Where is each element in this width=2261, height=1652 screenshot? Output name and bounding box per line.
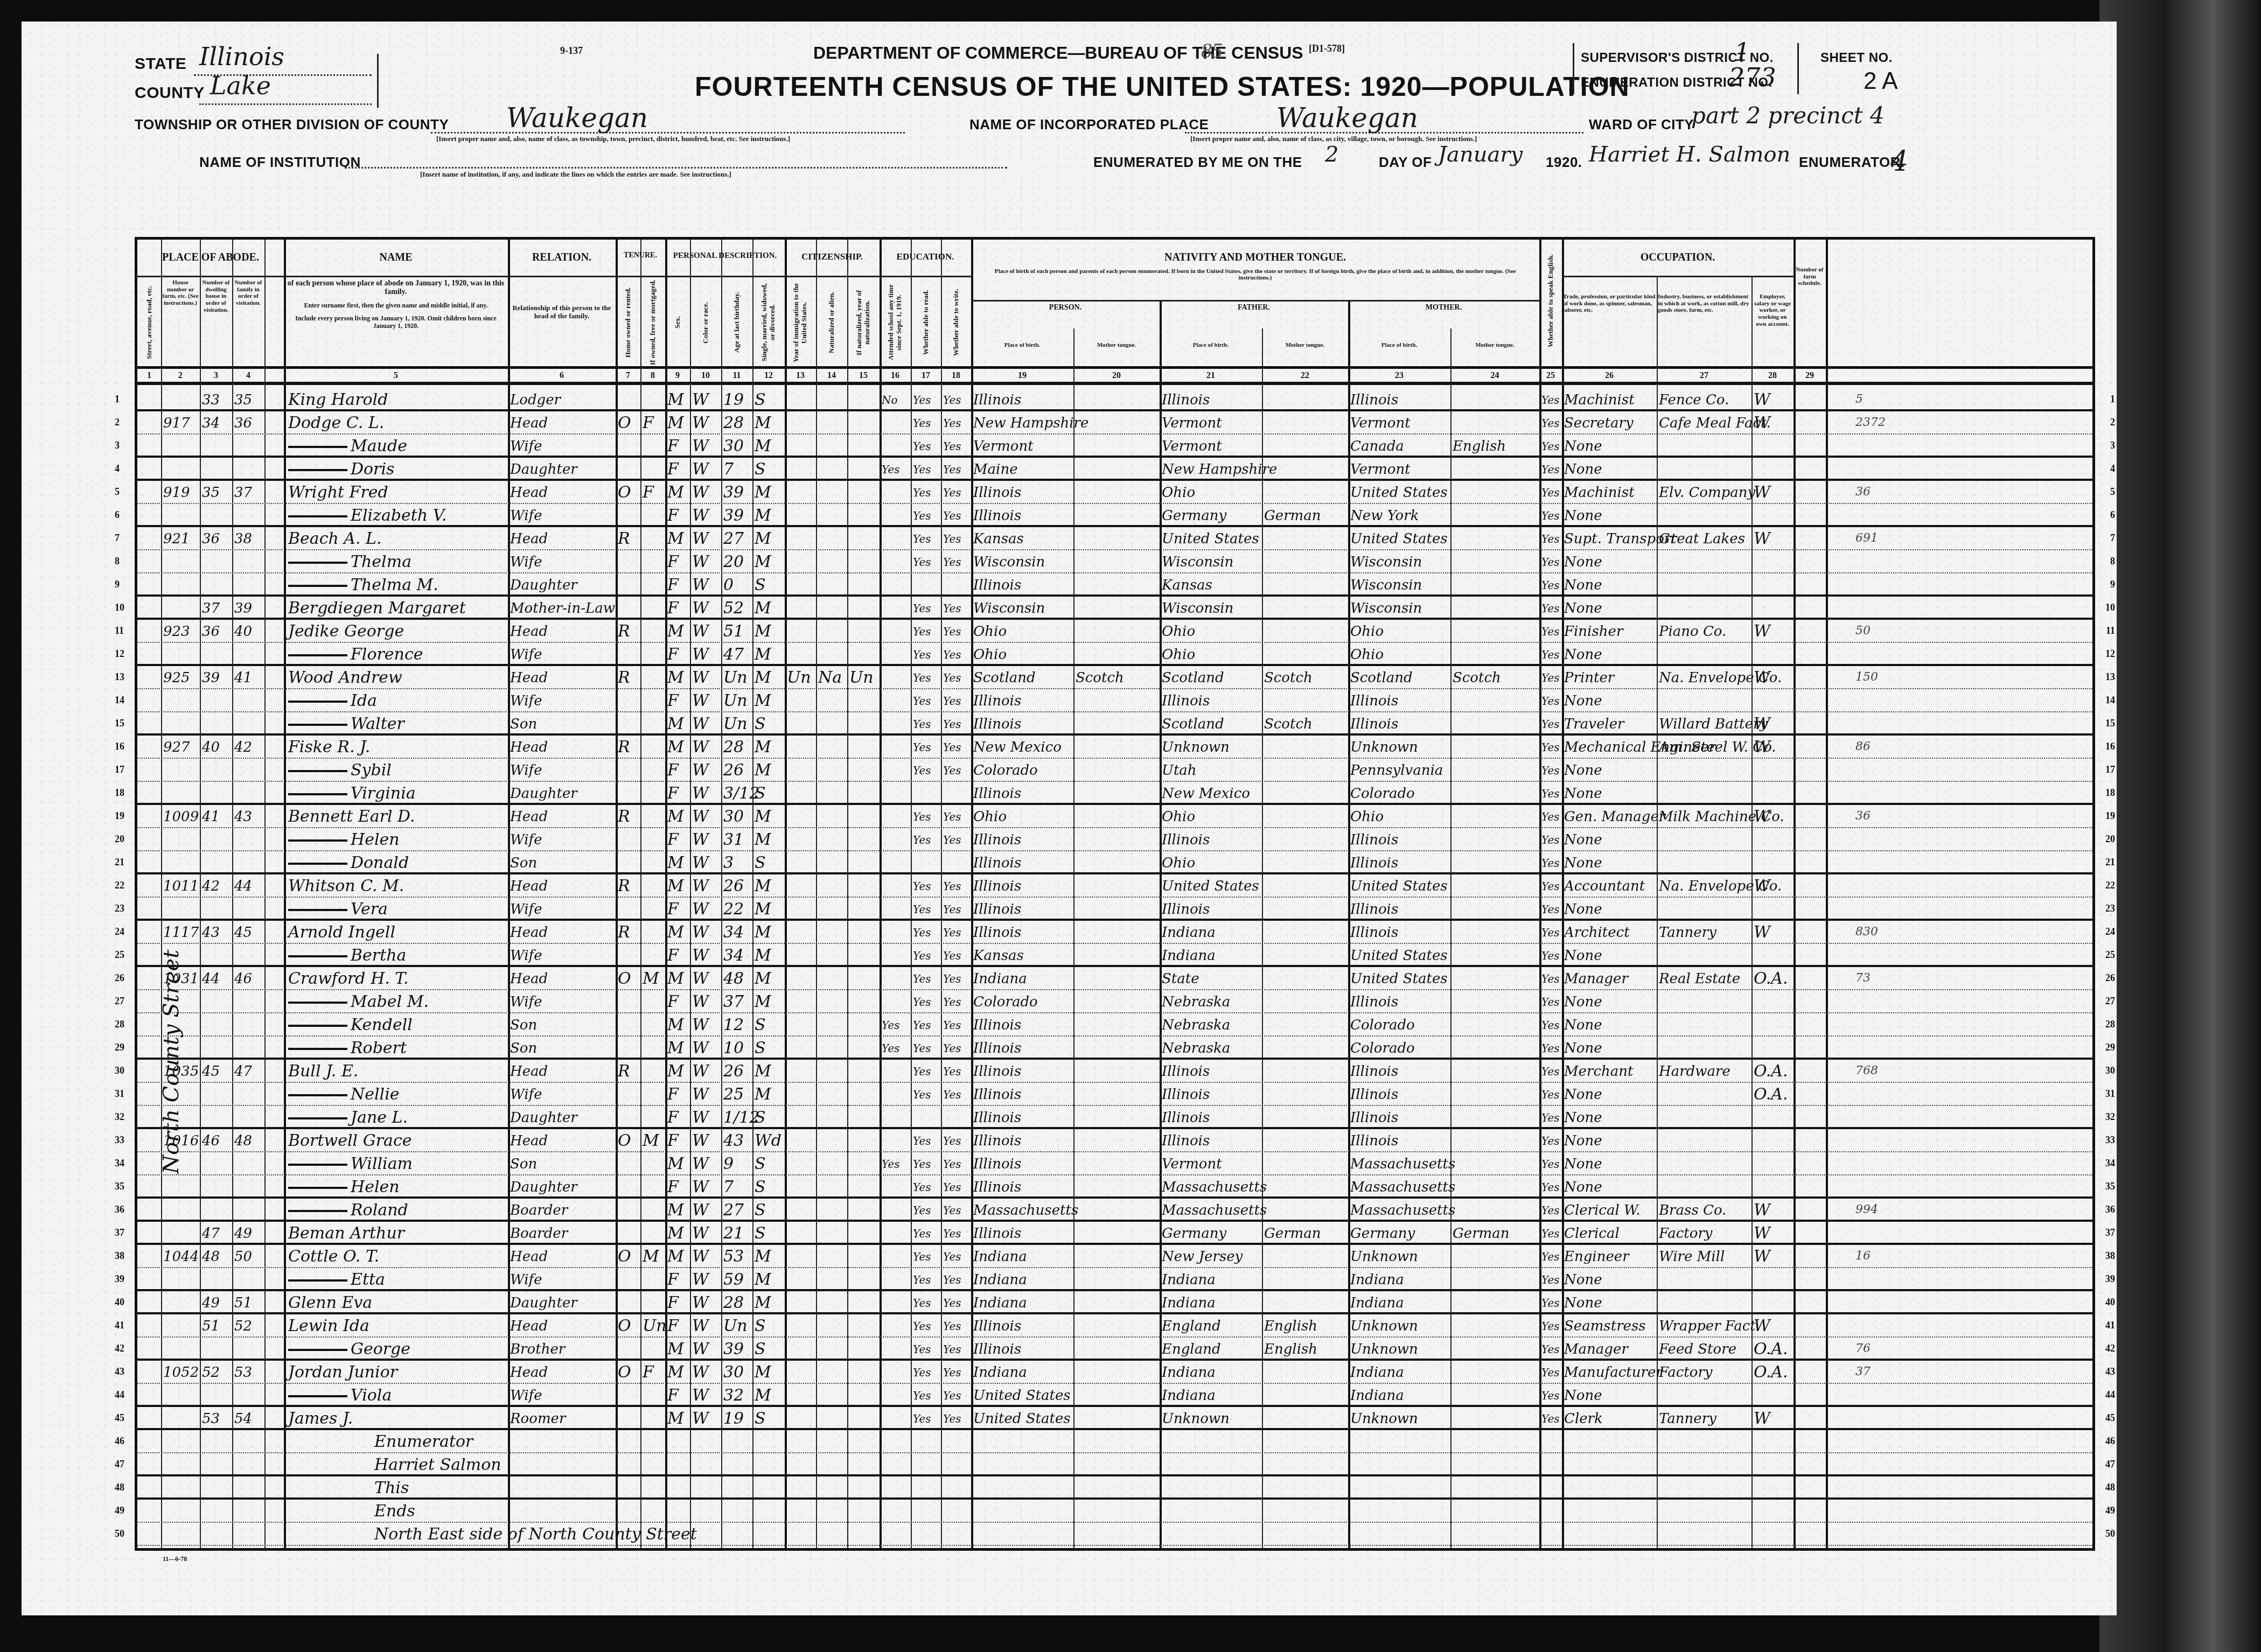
- cell-mtongue: [1453, 945, 1539, 967]
- cell-sex: F: [667, 899, 690, 920]
- census-table: PLACE OF ABODE. NAME RELATION. TENURE. P…: [135, 237, 2095, 1551]
- cell-mpob: Colorado: [1350, 1038, 1450, 1059]
- cell-color: W: [692, 1177, 721, 1198]
- county-label: COUNTY: [135, 84, 205, 102]
- given-name: Margaret: [388, 599, 466, 618]
- cell-imm: [787, 528, 816, 550]
- cell-age: 37: [723, 991, 752, 1013]
- cell-ftongue: [1264, 991, 1348, 1013]
- cell-mtongue: English: [1453, 436, 1539, 457]
- col-immigration: Year of immigration to the United States…: [792, 279, 808, 366]
- cell-sex: F: [667, 1385, 690, 1406]
- cell-mpob: Germany: [1350, 1223, 1450, 1244]
- table-row: 2323VeraWifeFW22MYesYesIllinoisIllinoisI…: [137, 898, 2092, 921]
- cell-family: [234, 945, 264, 967]
- township-value: Waukegan: [506, 102, 648, 134]
- cell-house: [163, 1339, 200, 1360]
- cell-write: [943, 1501, 971, 1522]
- enumerated-day: 2: [1325, 142, 1338, 167]
- cell-tongue: [1076, 899, 1160, 920]
- cell-dwelling: [202, 1339, 232, 1360]
- cell-school: [882, 829, 911, 851]
- cell-emp: [1754, 644, 1794, 666]
- cell-tongue: [1076, 1014, 1160, 1036]
- cell-family: [234, 899, 264, 920]
- cell-write: Yes: [943, 551, 971, 573]
- cell-family: 52: [234, 1315, 264, 1337]
- cell-color: W: [692, 1061, 721, 1082]
- cell-mort: [643, 690, 665, 712]
- cell-color: [692, 1501, 721, 1522]
- cell-owned: [618, 644, 640, 666]
- cell-age: 19: [723, 389, 752, 411]
- cell-mtongue: Scotch: [1453, 667, 1539, 689]
- cell-sex: M: [667, 1061, 690, 1082]
- cell-read: Yes: [913, 1339, 941, 1360]
- cell-nat: [818, 806, 847, 828]
- cell-emp: [1754, 1153, 1794, 1175]
- cell-dwelling: 53: [202, 1408, 232, 1430]
- cell-sex: F: [667, 1315, 690, 1337]
- cell-industry: Factory: [1659, 1362, 1751, 1383]
- cell-house: [163, 852, 200, 874]
- cell-house: [163, 436, 200, 457]
- name-cell: James J.: [288, 1408, 508, 1430]
- cell-nat: [818, 760, 847, 781]
- col-ftongue: Mother tongue.: [1262, 328, 1348, 369]
- cell-school: [882, 737, 911, 758]
- sheet-header: STATE Illinois COUNTY Lake 9-137 DEPARTM…: [22, 22, 2117, 237]
- cell-school: [882, 1269, 911, 1291]
- cell-marital: [755, 1501, 785, 1522]
- cell-marital: S: [755, 1339, 785, 1360]
- cell-house: [163, 1431, 200, 1453]
- cell-nat: [818, 1246, 847, 1268]
- cell-fpob: New Mexico: [1162, 783, 1262, 804]
- cell-read: Yes: [913, 1153, 941, 1175]
- col-father: FATHER.: [1160, 302, 1348, 328]
- cell-mtongue: [1453, 1177, 1539, 1198]
- col-write: Whether able to write.: [952, 279, 960, 366]
- name-cell: Doris: [288, 459, 508, 480]
- table-row: 2626Crawford H. T.10314446HeadOMMW48MYes…: [137, 967, 2092, 990]
- given-name: Harriet Salmon: [374, 1455, 501, 1474]
- cell-school: [882, 1408, 911, 1430]
- cell-english: [1541, 1501, 1562, 1522]
- cell-industry: [1659, 1269, 1751, 1291]
- cell-pob: Illinois: [973, 876, 1073, 897]
- cell-mtongue: [1453, 1408, 1539, 1430]
- cell-age: [723, 1501, 752, 1522]
- cell-mort: [643, 1454, 665, 1476]
- cell-imm: [787, 1431, 816, 1453]
- cell-sex: M: [667, 922, 690, 943]
- cell-write: Yes: [943, 1223, 971, 1244]
- cell-fpob: Massachusetts: [1162, 1200, 1262, 1221]
- cell-dwelling: [202, 436, 232, 457]
- cell-fpob: Scotland: [1162, 667, 1262, 689]
- name-cell: North East side of North County Street: [288, 1524, 508, 1545]
- cell-trade: None: [1564, 1385, 1657, 1406]
- given-name: Grace: [363, 1131, 412, 1150]
- cell-emp: [1754, 551, 1794, 573]
- line-number: 47: [115, 1459, 124, 1470]
- cell-pob: Colorado: [973, 991, 1073, 1013]
- cell-natyr: [849, 1362, 880, 1383]
- cell-fpob: England: [1162, 1315, 1262, 1337]
- table-row: 1212FlorenceWifeFW47MYesYesOhioOhioOhioY…: [137, 643, 2092, 666]
- cell-dwelling: 47: [202, 1223, 232, 1244]
- surname: Glenn: [288, 1293, 337, 1312]
- cell-industry: [1659, 1385, 1751, 1406]
- cell-relation: Head: [510, 412, 616, 434]
- cell-ftongue: [1264, 1177, 1348, 1198]
- line-number-right: 34: [2105, 1158, 2115, 1169]
- surname: Wright: [288, 483, 344, 502]
- ditto-dash: [288, 1025, 347, 1027]
- cell-owned: [618, 1385, 640, 1406]
- cell-nat: [818, 412, 847, 434]
- cell-emp: W: [1754, 1200, 1794, 1221]
- cell-tongue: [1076, 436, 1160, 457]
- line-number-right: 32: [2105, 1111, 2115, 1123]
- table-row: 4545James J.5354RoomerMW19SYesYesUnited …: [137, 1407, 2092, 1430]
- cell-relation: [510, 1501, 616, 1522]
- ditto-dash: [288, 1094, 347, 1096]
- incorporated-label: NAME OF INCORPORATED PLACE: [969, 116, 1209, 133]
- cell-english: Yes: [1541, 575, 1562, 596]
- cell-industry: [1659, 1107, 1751, 1129]
- cell-color: W: [692, 505, 721, 527]
- right-margin-code: 50: [1855, 624, 1871, 638]
- cell-sex: F: [667, 1130, 690, 1152]
- cell-ftongue: [1264, 760, 1348, 781]
- table-row: 2222Whitson C. M.10114244HeadRMW26MYesYe…: [137, 874, 2092, 898]
- cell-mort: [643, 621, 665, 642]
- cell-read: [913, 1454, 941, 1476]
- cell-tongue: [1076, 922, 1160, 943]
- cell-nat: [818, 1315, 847, 1337]
- cell-pob: Illinois: [973, 829, 1073, 851]
- given-name: Arthur: [350, 1224, 404, 1243]
- surname: Lewin: [288, 1317, 338, 1335]
- line-number-right: 13: [2105, 671, 2115, 683]
- cell-owned: [618, 760, 640, 781]
- cell-color: W: [692, 412, 721, 434]
- line-number: 3: [115, 440, 120, 451]
- cell-write: Yes: [943, 991, 971, 1013]
- group-education: EDUCATION.: [880, 240, 971, 277]
- cell-dwelling: [202, 1501, 232, 1522]
- cell-tongue: [1076, 389, 1160, 411]
- cell-read: [913, 575, 941, 596]
- cell-pob: Massachusetts: [973, 1200, 1073, 1221]
- col-naturalized: Naturalized or alien.: [828, 279, 836, 366]
- table-row: 44DorisDaughterFW7SYesYesYesMaineNew Ham…: [137, 458, 2092, 481]
- cell-mtongue: [1453, 968, 1539, 990]
- line-number: 4: [115, 463, 120, 474]
- cell-natyr: [849, 1385, 880, 1406]
- cell-marital: M: [755, 621, 785, 642]
- line-number: 20: [115, 834, 124, 845]
- cell-nat: [818, 1362, 847, 1383]
- cell-english: Yes: [1541, 459, 1562, 480]
- name-cell: Florence: [288, 644, 508, 666]
- cell-dwelling: [202, 551, 232, 573]
- cell-natyr: [849, 1339, 880, 1360]
- cell-owned: [618, 829, 640, 851]
- cell-marital: M: [755, 829, 785, 851]
- ditto-dash: [288, 1187, 347, 1189]
- cell-industry: Na. Envelope Co.: [1659, 667, 1751, 689]
- cell-relation: Daughter: [510, 1292, 616, 1314]
- cell-read: [913, 1478, 941, 1499]
- cell-mtongue: [1453, 829, 1539, 851]
- cell-natyr: [849, 1501, 880, 1522]
- name-cell: Glenn Eva: [288, 1292, 508, 1314]
- cell-imm: [787, 876, 816, 897]
- cell-age: 21: [723, 1223, 752, 1244]
- page-stamp: 85: [1201, 38, 1223, 63]
- cell-mort: [643, 575, 665, 596]
- cell-mtongue: [1453, 482, 1539, 503]
- cell-emp: [1754, 575, 1794, 596]
- cell-marital: M: [755, 806, 785, 828]
- cell-emp: W: [1754, 1315, 1794, 1337]
- cell-industry: [1659, 1524, 1751, 1545]
- cell-pob: [973, 1524, 1073, 1545]
- cell-ftongue: Scotch: [1264, 713, 1348, 735]
- cell-nat: [818, 505, 847, 527]
- cell-read: Yes: [913, 389, 941, 411]
- cell-english: Yes: [1541, 1315, 1562, 1337]
- cell-mort: [643, 505, 665, 527]
- cell-marital: [755, 1454, 785, 1476]
- line-number: 26: [115, 972, 124, 984]
- cell-read: Yes: [913, 1200, 941, 1221]
- col-school: Attended school any time since Sept. 1, …: [887, 279, 903, 366]
- cell-ftongue: [1264, 528, 1348, 550]
- cell-fpob: New Jersey: [1162, 1246, 1262, 1268]
- cell-age: 25: [723, 1084, 752, 1105]
- cell-family: [234, 690, 264, 712]
- cell-pob: Kansas: [973, 528, 1073, 550]
- cell-mort: F: [643, 1362, 665, 1383]
- ditto-dash: [288, 701, 347, 703]
- cell-industry: [1659, 1084, 1751, 1105]
- cell-marital: S: [755, 389, 785, 411]
- cell-school: [882, 575, 911, 596]
- given-name: Maude: [351, 437, 407, 456]
- cell-sex: F: [667, 551, 690, 573]
- cell-natyr: [849, 389, 880, 411]
- cell-imm: [787, 598, 816, 619]
- cell-house: [163, 1501, 200, 1522]
- cell-write: Yes: [943, 528, 971, 550]
- table-row: 4747Harriet Salmon: [137, 1453, 2092, 1476]
- cell-color: W: [692, 783, 721, 804]
- table-row: 1515WalterSonMWUnSYesYesIllinoisScotland…: [137, 712, 2092, 736]
- cell-industry: Tannery: [1659, 1408, 1751, 1430]
- cell-sex: M: [667, 852, 690, 874]
- cell-natyr: [849, 436, 880, 457]
- cell-write: Yes: [943, 806, 971, 828]
- line-number: 12: [115, 648, 124, 660]
- cell-mpob: Illinois: [1350, 389, 1450, 411]
- cell-color: W: [692, 1200, 721, 1221]
- line-number-right: 42: [2105, 1343, 2115, 1354]
- cell-owned: O: [618, 968, 640, 990]
- ditto-dash: [288, 1395, 347, 1397]
- cell-trade: Gen. Manager: [1564, 806, 1657, 828]
- cell-school: Yes: [882, 1153, 911, 1175]
- cell-emp: [1754, 598, 1794, 619]
- township-hint: [Insert proper name and, also, name of c…: [436, 135, 790, 143]
- cell-ftongue: [1264, 598, 1348, 619]
- cell-house: [163, 1223, 200, 1244]
- cell-relation: Daughter: [510, 1177, 616, 1198]
- county-value: Lake: [210, 71, 271, 100]
- cell-read: Yes: [913, 1177, 941, 1198]
- cell-mort: F: [643, 482, 665, 503]
- given-name: Bertha: [351, 946, 406, 965]
- table-row: 3838Cottle O. T.10444850HeadOMMW53MYesYe…: [137, 1245, 2092, 1268]
- cell-age: 39: [723, 482, 752, 503]
- cell-pob: Illinois: [973, 922, 1073, 943]
- name-cell: Nellie: [288, 1084, 508, 1105]
- cell-tongue: [1076, 760, 1160, 781]
- cell-nat: [818, 1501, 847, 1522]
- cell-imm: [787, 459, 816, 480]
- cell-nat: [818, 1454, 847, 1476]
- cell-write: Yes: [943, 1130, 971, 1152]
- cell-dwelling: 39: [202, 667, 232, 689]
- table-row: 2121DonaldSonMW3SIllinoisOhioIllinoisYes…: [137, 851, 2092, 874]
- cell-mpob: [1350, 1454, 1450, 1476]
- cell-english: Yes: [1541, 667, 1562, 689]
- cell-emp: [1754, 1454, 1794, 1476]
- cell-trade: Clerk: [1564, 1408, 1657, 1430]
- cell-school: [882, 644, 911, 666]
- col-color: Color or race.: [702, 279, 710, 366]
- cell-mort: [643, 528, 665, 550]
- cell-write: Yes: [943, 389, 971, 411]
- cell-owned: [618, 1153, 640, 1175]
- cell-mpob: Ohio: [1350, 806, 1450, 828]
- cell-age: [723, 1478, 752, 1499]
- cell-mtongue: [1453, 1385, 1539, 1406]
- cell-age: 7: [723, 1177, 752, 1198]
- cell-school: [882, 1431, 911, 1453]
- cell-write: Yes: [943, 1385, 971, 1406]
- cell-sex: [667, 1524, 690, 1545]
- cell-natyr: [849, 528, 880, 550]
- colnum: 10: [690, 371, 721, 381]
- cell-ftongue: [1264, 829, 1348, 851]
- cell-ftongue: [1264, 922, 1348, 943]
- cell-mort: [643, 1408, 665, 1430]
- incorporated-value: Waukegan: [1276, 102, 1418, 134]
- cell-age: 20: [723, 551, 752, 573]
- cell-nat: [818, 713, 847, 735]
- cell-trade: Manufacturer: [1564, 1362, 1657, 1383]
- name-cell: William: [288, 1153, 508, 1175]
- table-row: 2727Mabel M.WifeFW37MYesYesColoradoNebra…: [137, 990, 2092, 1013]
- cell-family: [234, 1478, 264, 1499]
- cell-trade: Machinist: [1564, 389, 1657, 411]
- cell-imm: [787, 1038, 816, 1059]
- name-cell: Thelma: [288, 551, 508, 573]
- cell-school: [882, 876, 911, 897]
- cell-ftongue: [1264, 806, 1348, 828]
- cell-color: [692, 1524, 721, 1545]
- given-name: C. M.: [360, 877, 404, 895]
- col-farm: Number of farm schedule.: [1794, 240, 1826, 369]
- line-number: 21: [115, 857, 124, 868]
- line-number-right: 17: [2105, 764, 2115, 775]
- cell-trade: Seamstress: [1564, 1315, 1657, 1337]
- cell-house: [163, 1454, 200, 1476]
- cell-nat: [818, 575, 847, 596]
- cell-house: [163, 783, 200, 804]
- cell-english: Yes: [1541, 644, 1562, 666]
- cell-mpob: Pennsylvania: [1350, 760, 1450, 781]
- cell-nat: [818, 1200, 847, 1221]
- cell-nat: [818, 644, 847, 666]
- cell-family: [234, 1153, 264, 1175]
- cell-read: Yes: [913, 621, 941, 642]
- cell-marital: M: [755, 1061, 785, 1082]
- cell-ftongue: [1264, 621, 1348, 642]
- cell-mpob: Wisconsin: [1350, 575, 1450, 596]
- given-name: C. L.: [346, 414, 384, 432]
- line-number-right: 31: [2105, 1088, 2115, 1100]
- cell-age: 53: [723, 1246, 752, 1268]
- cell-relation: Wife: [510, 505, 616, 527]
- line-number-right: 18: [2105, 787, 2115, 799]
- cell-ftongue: [1264, 1478, 1348, 1499]
- cell-owned: O: [618, 1362, 640, 1383]
- cell-color: W: [692, 389, 721, 411]
- cell-age: 19: [723, 1408, 752, 1430]
- cell-natyr: [849, 945, 880, 967]
- cell-read: Yes: [913, 876, 941, 897]
- cell-tongue: [1076, 1454, 1160, 1476]
- cell-owned: [618, 852, 640, 874]
- cell-nat: [818, 528, 847, 550]
- name-cell: Virginia: [288, 783, 508, 804]
- cell-mtongue: [1453, 690, 1539, 712]
- cell-relation: Wife: [510, 899, 616, 920]
- cell-write: Yes: [943, 829, 971, 851]
- cell-natyr: [849, 551, 880, 573]
- cell-ftongue: [1264, 1038, 1348, 1059]
- cell-owned: [618, 1200, 640, 1221]
- surname: Cottle: [288, 1247, 338, 1266]
- cell-mort: M: [643, 1130, 665, 1152]
- cell-natyr: [849, 806, 880, 828]
- cell-mort: [643, 1385, 665, 1406]
- cell-read: Yes: [913, 829, 941, 851]
- cell-read: Yes: [913, 1130, 941, 1152]
- cell-age: 39: [723, 505, 752, 527]
- cell-sex: F: [667, 783, 690, 804]
- right-margin-code: 5: [1855, 393, 1863, 406]
- cell-color: W: [692, 806, 721, 828]
- name-cell: Dodge C. L.: [288, 412, 508, 434]
- cell-family: [234, 713, 264, 735]
- cell-tongue: [1076, 1524, 1160, 1545]
